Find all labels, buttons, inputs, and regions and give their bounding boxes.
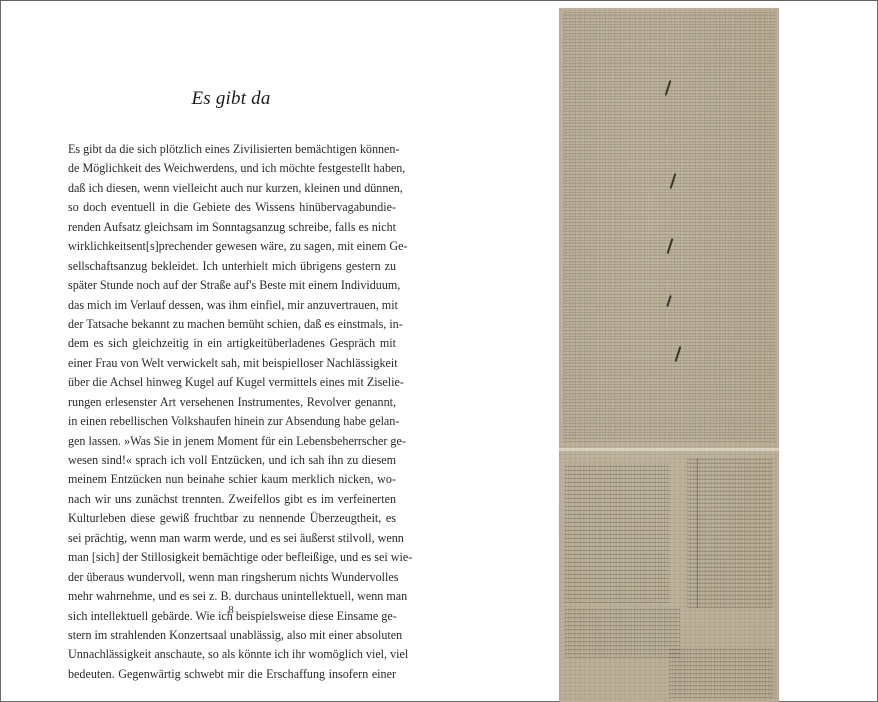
text-line: bedeuten. Gegenwärtig schwebt mir die Er… xyxy=(68,665,396,684)
manuscript-writing-block xyxy=(565,463,670,603)
text-line: de Möglichkeit des Weichwerdens, und ich… xyxy=(68,159,396,178)
page-number: 8 xyxy=(1,604,461,616)
text-line: man [sich] der Stillosigkeit bemächtige … xyxy=(68,548,396,567)
text-line: über die Achsel hinweg Kugel auf Kugel v… xyxy=(68,373,396,392)
text-line: gen lassen. »Was Sie in jenem Moment für… xyxy=(68,432,396,451)
manuscript-margin-line xyxy=(697,458,698,608)
text-line: wesen sind!« sprach ich voll Entzücken, … xyxy=(68,451,396,470)
text-line: später Stunde noch auf der Straße auf's … xyxy=(68,276,396,295)
text-line: sellschaftsanzug bekleidet. Ich unterhie… xyxy=(68,257,396,276)
manuscript-writing-block xyxy=(565,608,680,658)
text-line: Es gibt da die sich plötzlich eines Zivi… xyxy=(68,140,396,159)
text-line: rungen erlesenster Art versehenen Instru… xyxy=(68,393,396,412)
text-line: in einen rebellischen Volkshaufen hinein… xyxy=(68,412,396,431)
manuscript-writing-top xyxy=(563,12,775,442)
text-line: Unnachlässigkeit anschaute, so als könnt… xyxy=(68,645,396,664)
text-line: der überaus wundervoll, wenn man ringshe… xyxy=(68,568,396,587)
text-line: nach wir uns zunächst trennten. Zweifell… xyxy=(68,490,396,509)
manuscript-facsimile-image xyxy=(559,8,779,702)
text-line: Kulturleben diese gewiß fruchtbar zu nen… xyxy=(68,509,396,528)
text-line: daß ich diesen, wenn vielleicht auch nur… xyxy=(68,179,396,198)
text-line: das mich im Verlauf dessen, was ihm einf… xyxy=(68,296,396,315)
text-line: einer Frau von Welt verwickelt sah, mit … xyxy=(68,354,396,373)
text-line: renden Aufsatz gleichsam im Sonntagsanzu… xyxy=(68,218,396,237)
right-page xyxy=(461,1,878,701)
text-line: der Tatsache bekannt zu machen bemüht sc… xyxy=(68,315,396,334)
left-page: Es gibt da Es gibt da die sich plötzlich… xyxy=(1,1,461,701)
text-line: meinem Entzücken nun beinahe schier kaum… xyxy=(68,470,396,489)
paper-fold xyxy=(559,448,779,451)
text-line: stern im strahlenden Konzertsaal unabläs… xyxy=(68,626,396,645)
body-text: Es gibt da die sich plötzlich eines Zivi… xyxy=(68,140,396,684)
text-line: dem es sich gleichzeitig in ein artigkei… xyxy=(68,334,396,353)
text-line: wirklichkeitsent[s]prechender gewesen wä… xyxy=(68,237,396,256)
book-spread: Es gibt da Es gibt da die sich plötzlich… xyxy=(0,0,878,702)
manuscript-writing-block xyxy=(687,458,773,608)
manuscript-writing-block xyxy=(669,648,774,698)
text-line: sei prächtig, wenn man warm werde, und e… xyxy=(68,529,396,548)
chapter-title: Es gibt da xyxy=(1,88,461,110)
text-line: so doch eventuell in die Gebiete des Wis… xyxy=(68,198,396,217)
